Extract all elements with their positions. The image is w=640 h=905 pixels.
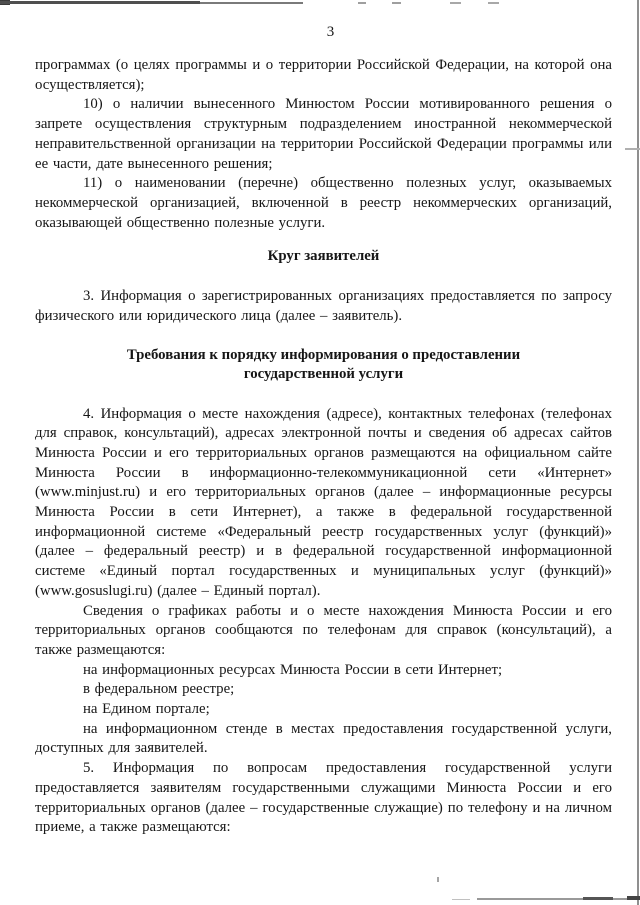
scan-artifact-top-dash (488, 2, 499, 4)
body-paragraph: на информационном стенде в местах предос… (35, 720, 612, 759)
body-paragraph: программах (о целях программы и о террит… (35, 56, 612, 95)
scan-artifact-bottom-line (627, 896, 640, 900)
body-paragraph: на Едином портале; (35, 700, 612, 720)
scan-artifact-top-line (0, 1, 200, 4)
document-body: программах (о целях программы и о террит… (35, 56, 612, 838)
section-heading-line: государственной услуги (35, 365, 612, 384)
body-paragraph: Сведения о графиках работы и о месте нах… (35, 602, 612, 661)
scan-artifact-bottom-line (477, 898, 640, 900)
page-number: 3 (35, 24, 627, 41)
scan-artifact-bottom-dash (452, 899, 470, 900)
scan-artifact-right-dash (625, 148, 640, 150)
section-heading-line: Круг заявителей (35, 247, 612, 266)
scan-artifact-top-dash (450, 2, 461, 4)
section-heading: Требования к порядку информирования о пр… (35, 346, 612, 383)
scan-artifact-bottom-line (583, 897, 613, 900)
scan-artifact-top-dash (392, 2, 401, 4)
scan-artifact-right-edge (637, 0, 639, 905)
scan-artifact-top-line (200, 2, 303, 4)
body-paragraph: в федеральном реестре; (35, 680, 612, 700)
document-page: 3 программах (о целях программы и о терр… (0, 0, 640, 905)
section-heading-line: Требования к порядку информирования о пр… (35, 346, 612, 365)
scan-artifact-speck (437, 877, 439, 882)
body-paragraph: 5. Информация по вопросам предоставления… (35, 759, 612, 838)
body-paragraph: на информационных ресурсах Минюста Росси… (35, 661, 612, 681)
body-paragraph: 11) о наименовании (перечне) общественно… (35, 174, 612, 233)
scan-artifact-top-dash (358, 2, 366, 4)
body-paragraph: 10) о наличии вынесенного Минюстом Росси… (35, 95, 612, 174)
body-paragraph: 4. Информация о месте нахождения (адресе… (35, 405, 612, 602)
body-paragraph: 3. Информация о зарегистрированных орган… (35, 287, 612, 326)
section-heading: Круг заявителей (35, 247, 612, 266)
